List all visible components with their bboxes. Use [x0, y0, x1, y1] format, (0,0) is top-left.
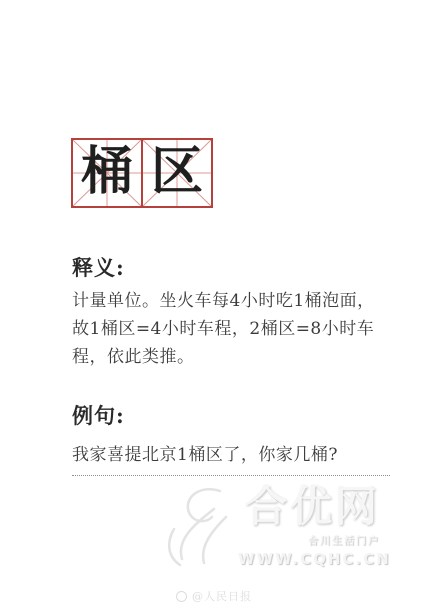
definition-line: 程，依此类推。 [72, 343, 384, 371]
watermark-site-name: 合优网 [238, 484, 380, 530]
example-sentence: 我家喜提北京1桶区了，你家几桶? [72, 443, 390, 476]
title-grid: 桶 区 [71, 138, 213, 208]
watermark-swirl-icon [160, 483, 242, 569]
definition-text: 计量单位。坐火车每4小时吃1桶泡面， 故1桶区=4小时车程，2桶区=8小时车 程… [72, 287, 384, 371]
watermark-text-block: 合优网 合川生活门户 WWW.CQHC.CN [238, 484, 380, 568]
character-grid-box: 区 [141, 138, 213, 208]
example-heading: 例句: [72, 400, 125, 430]
watermark-tagline: 合川生活门户 [238, 532, 380, 547]
credit-text: @人民日报 [192, 588, 252, 604]
definition-heading: 释义: [72, 252, 125, 282]
definition-line: 计量单位。坐火车每4小时吃1桶泡面， [72, 287, 384, 315]
definition-line: 故1桶区=4小时车程，2桶区=8小时车 [72, 315, 384, 343]
title-character: 桶 [73, 140, 141, 206]
credit-logo-icon [176, 591, 187, 602]
watermark-url: WWW.CQHC.CN [238, 550, 380, 568]
character-grid-box: 桶 [71, 138, 143, 208]
word-card: 桶 区 释义: 计量单位。坐火车每4小时吃1桶泡面， 故1桶区=4小时车程，2桶… [0, 0, 440, 612]
source-credit: @人民日报 [176, 588, 252, 604]
title-character: 区 [143, 140, 211, 206]
